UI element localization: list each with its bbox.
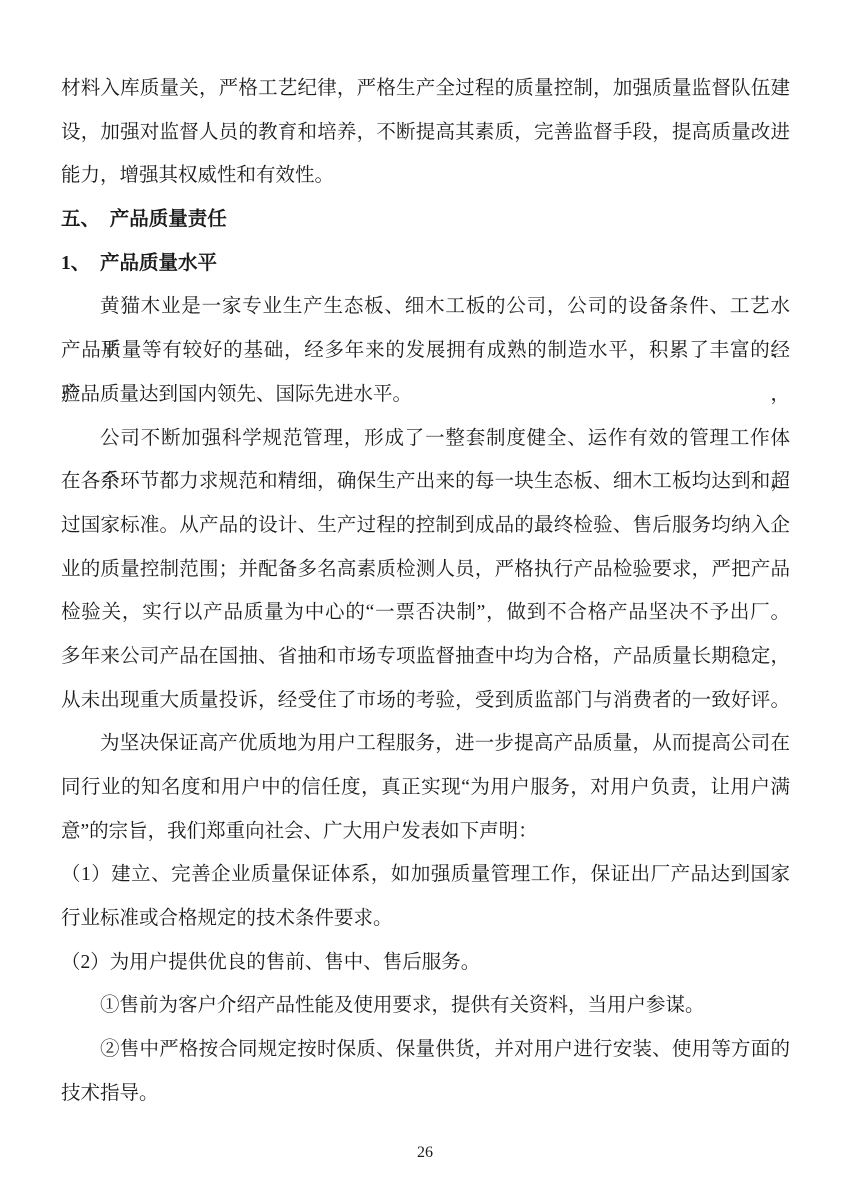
text-line: 检验关，实行以产品质量为中心的“一票否决制”，做到不合格产品坚决不予出厂。 — [61, 591, 790, 635]
text-line: 意”的宗旨，我们郑重向社会、广大用户发表如下声明： — [61, 810, 790, 854]
text-line: 产品质量等有较好的基础，经多年来的发展拥有成熟的制造水平，积累了丰富的经验， — [61, 329, 790, 373]
text-line: 从未出现重大质量投诉，经受住了市场的考验，受到质监部门与消费者的一致好评。 — [61, 679, 790, 723]
heading-line: 五、 产品质量责任 — [61, 198, 790, 242]
text-line: 黄猫木业是一家专业生产生态板、细木工板的公司，公司的设备条件、工艺水平、 — [61, 285, 790, 329]
text-line: （2）为用户提供优良的售前、售中、售后服务。 — [61, 941, 790, 985]
text-line: 技术指导。 — [61, 1072, 790, 1116]
text-line: 在各个环节都力求规范和精细，确保生产出来的每一块生态板、细木工板均达到和超 — [61, 460, 790, 504]
text-line: 行业标准或合格规定的技术条件要求。 — [61, 897, 790, 941]
text-line: 多年来公司产品在国抽、省抽和市场专项监督抽查中均为合格，产品质量长期稳定， — [61, 635, 790, 679]
text-line: 设，加强对监督人员的教育和培养，不断提高其素质，完善监督手段，提高质量改进 — [61, 111, 790, 155]
page-number: 26 — [0, 1141, 850, 1165]
text-line: ①售前为客户介绍产品性能及使用要求，提供有关资料，当用户参谋。 — [61, 984, 790, 1028]
text-line: 材料入库质量关，严格工艺纪律，严格生产全过程的质量控制，加强质量监督队伍建 — [61, 67, 790, 111]
text-line: 业的质量控制范围；并配备多名高素质检测人员，严格执行产品检验要求，严把产品 — [61, 548, 790, 592]
text-line: ②售中严格按合同规定按时保质、保量供货，并对用户进行安装、使用等方面的 — [61, 1028, 790, 1072]
text-line: 公司不断加强科学规范管理，形成了一整套制度健全、运作有效的管理工作体系， — [61, 417, 790, 461]
text-line: （1）建立、完善企业质量保证体系，如加强质量管理工作，保证出厂产品达到国家 — [61, 853, 790, 897]
heading-line: 1、 产品质量水平 — [61, 242, 790, 286]
text-line: 能力，增强其权威性和有效性。 — [61, 154, 790, 198]
text-line: 过国家标准。从产品的设计、生产过程的控制到成品的最终检验、售后服务均纳入企 — [61, 504, 790, 548]
document-page: 材料入库质量关，严格工艺纪律，严格生产全过程的质量控制，加强质量监督队伍建设，加… — [0, 0, 850, 1202]
document-body: 材料入库质量关，严格工艺纪律，严格生产全过程的质量控制，加强质量监督队伍建设，加… — [61, 67, 790, 1116]
text-line: 为坚决保证高产优质地为用户工程服务，进一步提高产品质量，从而提高公司在 — [61, 722, 790, 766]
text-line: 同行业的知名度和用户中的信任度，真正实现“为用户服务，对用户负责，让用户满 — [61, 766, 790, 810]
